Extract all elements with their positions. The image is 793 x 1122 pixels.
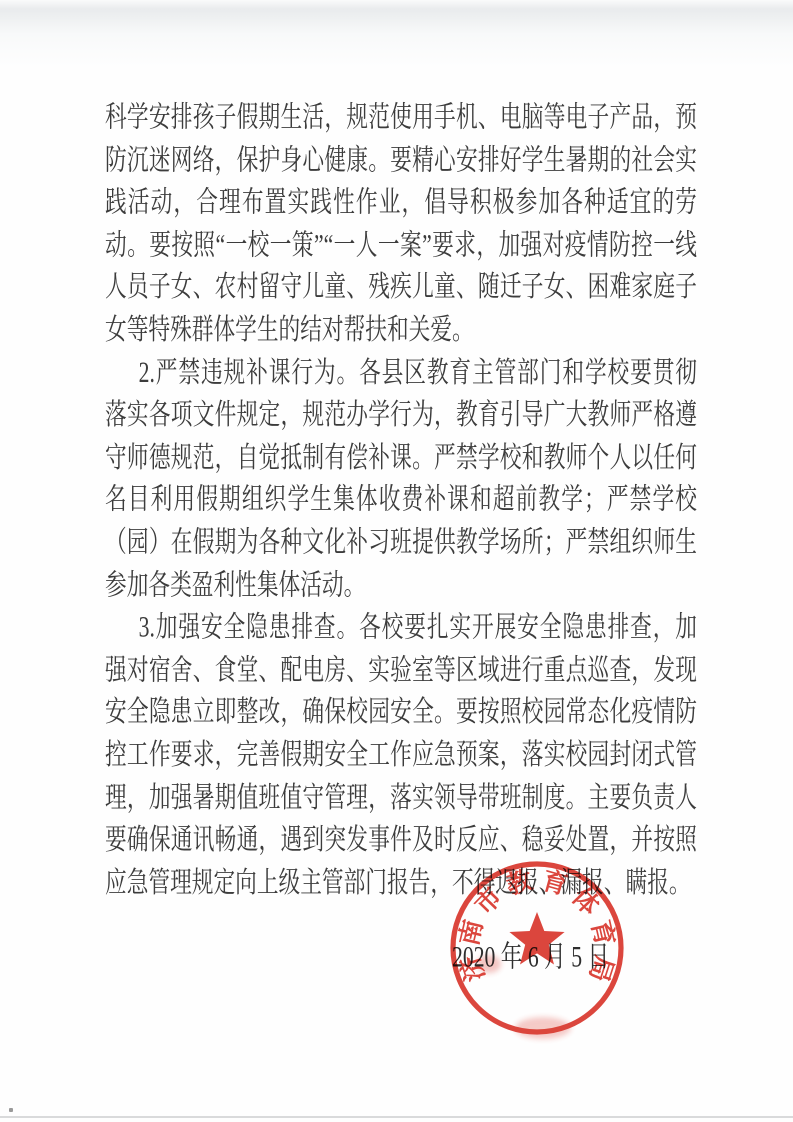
document-date: 2020 年 6 月 5 日 xyxy=(452,941,609,973)
scan-dust-speck xyxy=(9,1108,13,1112)
paragraph-item-2: 2.严禁违规补课行为。各县区教育主管部门和学校要贯彻落实各项文件规定，规范办学行… xyxy=(105,352,697,607)
scanned-document-page: 科学安排孩子假期生活，规范使用手机、电脑等电子产品，预防沉迷网络，保护身心健康。… xyxy=(0,0,793,1122)
ink-smudge xyxy=(515,1017,571,1039)
scan-bottom-edge-line xyxy=(0,1116,793,1118)
document-body: 科学安排孩子假期生活，规范使用手机、电脑等电子产品，预防沉迷网络，保护身心健康。… xyxy=(105,97,697,904)
paragraph-item-3: 3.加强安全隐患排查。各校要扎实开展安全隐患排查，加强对宿舍、食堂、配电房、实验… xyxy=(105,607,697,904)
paragraph-continuation: 科学安排孩子假期生活，规范使用手机、电脑等电子产品，预防沉迷网络，保护身心健康。… xyxy=(105,97,697,352)
scan-edge-shading xyxy=(0,0,793,70)
